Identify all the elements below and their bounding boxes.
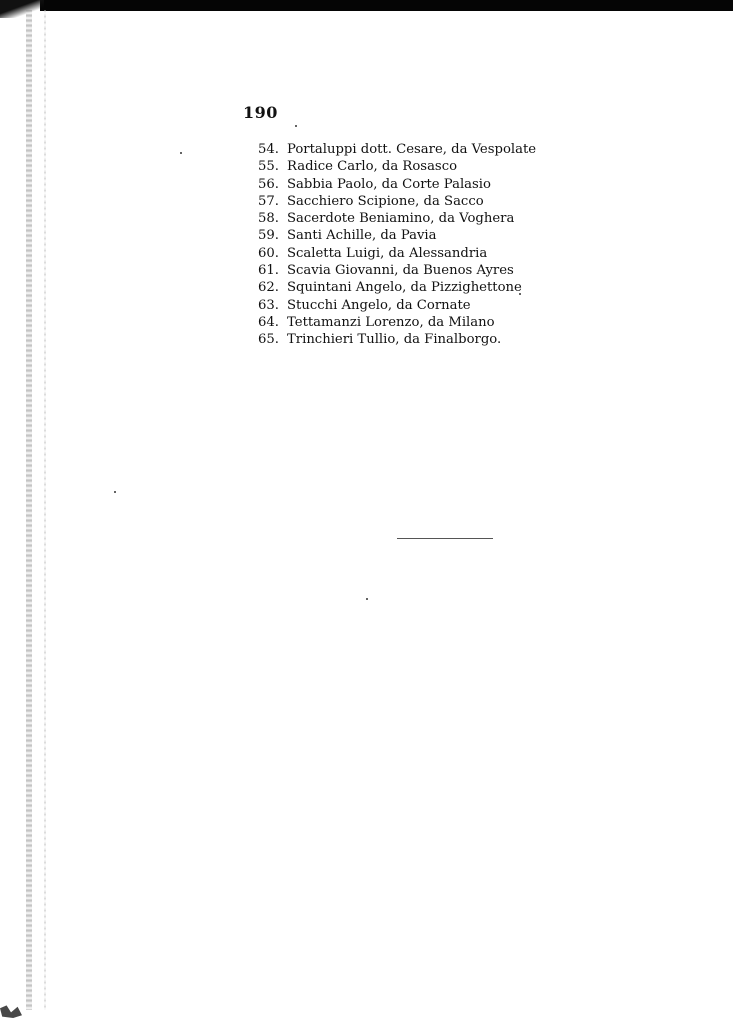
entry-text: Santi Achille, da Pavia (287, 228, 437, 243)
scan-speck (366, 598, 368, 600)
entry-number: 56. (258, 176, 287, 193)
page-number: 190 (243, 103, 278, 122)
list-item: 64.Tettamanzi Lorenzo, da Milano (258, 314, 536, 331)
entry-number: 61. (258, 262, 287, 279)
scan-binding-edge (26, 10, 32, 1010)
list-item: 63.Stucchi Angelo, da Cornate (258, 297, 536, 314)
entry-number: 57. (258, 193, 287, 210)
scan-speck (114, 491, 116, 493)
list-item: 58.Sacerdote Beniamino, da Voghera (258, 210, 536, 227)
entry-number: 63. (258, 297, 287, 314)
list-item: 59.Santi Achille, da Pavia (258, 227, 536, 244)
scan-binding-edge-inner (44, 10, 46, 1010)
scan-corner-artifact (0, 0, 44, 18)
list-item: 65.Trinchieri Tullio, da Finalborgo. (258, 331, 536, 348)
list-item: 56.Sabbia Paolo, da Corte Palasio (258, 176, 536, 193)
section-divider-rule (397, 538, 493, 539)
entry-number: 60. (258, 245, 287, 262)
entry-text: Squintani Angelo, da Pizzighettone (287, 280, 522, 295)
entry-text: Portaluppi dott. Cesare, da Vespolate (287, 142, 536, 157)
entry-text: Sacerdote Beniamino, da Voghera (287, 211, 514, 226)
entry-number: 65. (258, 331, 287, 348)
list-item: 61.Scavia Giovanni, da Buenos Ayres (258, 262, 536, 279)
entry-text: Stucchi Angelo, da Cornate (287, 298, 471, 313)
entry-number: 64. (258, 314, 287, 331)
entry-number: 54. (258, 141, 287, 158)
scan-top-border (40, 0, 733, 11)
entry-number: 62. (258, 279, 287, 296)
entry-text: Tettamanzi Lorenzo, da Milano (287, 315, 495, 330)
entry-text: Trinchieri Tullio, da Finalborgo. (287, 332, 501, 347)
scan-speck (180, 152, 182, 154)
list-item: 62.Squintani Angelo, da Pizzighettone (258, 279, 536, 296)
list-item: 57.Sacchiero Scipione, da Sacco (258, 193, 536, 210)
entry-text: Scaletta Luigi, da Alessandria (287, 246, 487, 261)
scan-speck (519, 293, 521, 295)
list-item: 54.Portaluppi dott. Cesare, da Vespolate (258, 141, 536, 158)
entry-text: Sabbia Paolo, da Corte Palasio (287, 177, 491, 192)
entry-text: Radice Carlo, da Rosasco (287, 159, 457, 174)
entry-number: 59. (258, 227, 287, 244)
name-list: 54.Portaluppi dott. Cesare, da Vespolate… (258, 141, 536, 349)
scan-speck (295, 125, 297, 127)
entry-number: 55. (258, 158, 287, 175)
entry-text: Sacchiero Scipione, da Sacco (287, 194, 484, 209)
scan-bottom-artifact (0, 1004, 22, 1018)
entry-text: Scavia Giovanni, da Buenos Ayres (287, 263, 514, 278)
list-item: 55.Radice Carlo, da Rosasco (258, 158, 536, 175)
list-item: 60.Scaletta Luigi, da Alessandria (258, 245, 536, 262)
entry-number: 58. (258, 210, 287, 227)
